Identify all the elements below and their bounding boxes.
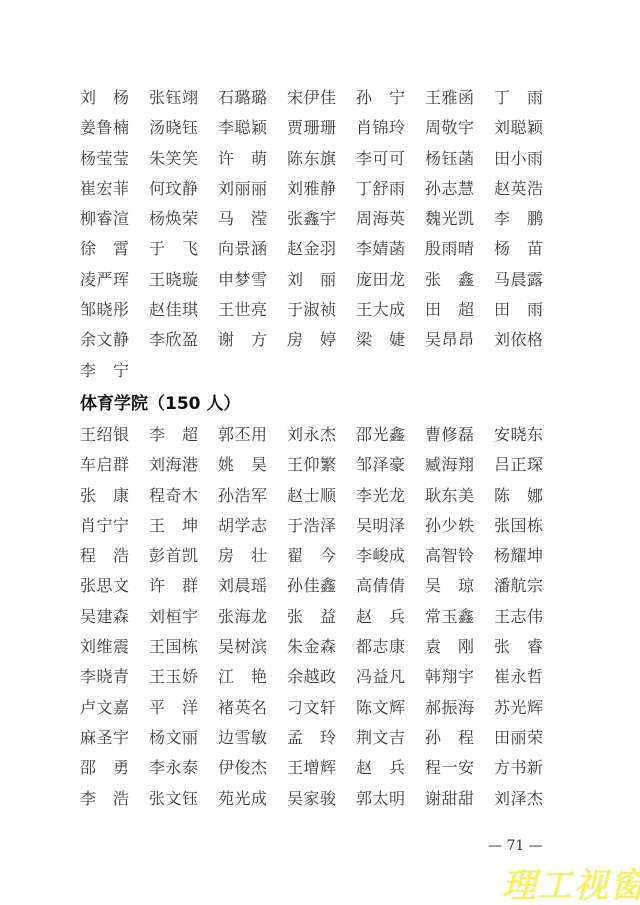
name-entry: 郭丕用	[218, 420, 267, 450]
name-entry: 王大成	[356, 295, 405, 325]
name-entry: 孙宁	[356, 83, 405, 113]
name-entry: 伊俊杰	[218, 753, 267, 783]
name-entry: 马滢	[218, 204, 267, 234]
name-entry: 臧海翔	[425, 450, 474, 480]
name-entry: 邹晓彤	[80, 295, 129, 325]
watermark-logo: 理工视窗	[502, 858, 640, 905]
name-entry: 王坤	[149, 511, 198, 541]
name-entry: 崔宏菲	[80, 174, 129, 204]
name-entry: 孙志慧	[425, 174, 474, 204]
document-page: 刘杨张钰翊石璐璐宋伊佳孙宁王雅函丁雨姜鲁楠汤晓钰李聪颖贾珊珊肖锦玲周敬宇刘聪颖杨…	[80, 83, 560, 814]
name-entry: 徐霄	[80, 234, 129, 264]
name-entry: 李鹏	[494, 204, 543, 234]
name-entry: 杨耀坤	[494, 541, 543, 571]
name-entry: 李可可	[356, 144, 405, 174]
name-entry: 张海龙	[218, 602, 267, 632]
name-entry: 杨焕荣	[149, 204, 198, 234]
name-entry: 周海英	[356, 204, 405, 234]
name-entry: 常玉鑫	[425, 602, 474, 632]
name-entry: 姜鲁楠	[80, 113, 129, 143]
name-entry: 刘桓宇	[149, 602, 198, 632]
name-entry: 房壮	[218, 541, 267, 571]
name-entry: 车启群	[80, 450, 129, 480]
name-entry: 柳睿渲	[80, 204, 129, 234]
name-entry: 朱笑笑	[149, 144, 198, 174]
name-entry: 张钰翊	[149, 83, 198, 113]
name-entry: 王增辉	[287, 753, 336, 783]
name-entry: 孙浩军	[218, 481, 267, 511]
name-entry: 冯益凡	[356, 662, 405, 692]
name-entry: 王雅函	[425, 83, 474, 113]
name-entry: 张思文	[80, 571, 129, 601]
name-entry: 肖锦玲	[356, 113, 405, 143]
name-entry: 余越政	[287, 662, 336, 692]
name-entry: 邵勇	[80, 753, 129, 783]
name-entry: 陈娜	[494, 481, 543, 511]
name-entry: 马晨露	[494, 265, 543, 295]
name-entry: 石璐璐	[218, 83, 267, 113]
name-entry: 田小雨	[494, 144, 543, 174]
name-entry: 李峻成	[356, 541, 405, 571]
name-entry: 吴琼	[425, 571, 474, 601]
name-entry: 丁雨	[494, 83, 543, 113]
name-entry: 许萌	[218, 144, 267, 174]
page-number: — 71 —	[488, 838, 543, 854]
name-entry: 刘聪颖	[494, 113, 543, 143]
name-entry: 于浩泽	[287, 511, 336, 541]
name-entry: 王世亮	[218, 295, 267, 325]
name-entry: 于淑祯	[287, 295, 336, 325]
name-entry: 刘雅静	[287, 174, 336, 204]
name-entry: 李聪颖	[218, 113, 267, 143]
name-entry: 王晓璇	[149, 265, 198, 295]
name-entry: 刘泽杰	[494, 784, 543, 814]
name-entry: 吴树滨	[218, 632, 267, 662]
name-entry: 赵英浩	[494, 174, 543, 204]
name-entry: 孙佳鑫	[287, 571, 336, 601]
name-entry: 刘丽	[287, 265, 336, 295]
name-entry: 孙少轶	[425, 511, 474, 541]
name-entry: 何玟静	[149, 174, 198, 204]
name-entry: 田丽荣	[494, 723, 543, 753]
name-entry: 庞田龙	[356, 265, 405, 295]
name-entry: 程浩	[80, 541, 129, 571]
name-entry: 肖宁宁	[80, 511, 129, 541]
name-entry: 田超	[425, 295, 474, 325]
name-entry: 胡学志	[218, 511, 267, 541]
name-entry: 王仰繁	[287, 450, 336, 480]
name-entry: 荆文吉	[356, 723, 405, 753]
name-entry: 申梦雪	[218, 265, 267, 295]
name-entry: 平洋	[149, 693, 198, 723]
name-entry: 边雪敏	[218, 723, 267, 753]
name-entry: 王国栋	[149, 632, 198, 662]
name-entry: 曹修磊	[425, 420, 474, 450]
name-entry: 卢文嘉	[80, 693, 129, 723]
name-entry: 张鑫	[425, 265, 474, 295]
name-entry: 李永泰	[149, 753, 198, 783]
name-entry: 李晓青	[80, 662, 129, 692]
name-entry: 程一安	[425, 753, 474, 783]
name-entry: 张益	[287, 602, 336, 632]
name-entry: 赵士顺	[287, 481, 336, 511]
name-entry: 吴家骏	[287, 784, 336, 814]
name-entry: 汤晓钰	[149, 113, 198, 143]
name-entry: 陈东旗	[287, 144, 336, 174]
name-entry: 安晓东	[494, 420, 543, 450]
name-entry: 韩翔宇	[425, 662, 474, 692]
name-entry: 朱金森	[287, 632, 336, 662]
name-entry: 殷雨晴	[425, 234, 474, 264]
name-entry: 潘航宗	[494, 571, 543, 601]
section-heading-sports-college: 体育学院（150 人）	[80, 388, 560, 420]
name-entry: 李宁	[80, 356, 129, 386]
name-entry: 杨莹莹	[80, 144, 129, 174]
name-entry: 刘丽丽	[218, 174, 267, 204]
name-entry: 耿东美	[425, 481, 474, 511]
name-entry: 房婷	[287, 325, 336, 355]
name-entry: 刘永杰	[287, 420, 336, 450]
name-entry: 王绍银	[80, 420, 129, 450]
name-entry: 吴明泽	[356, 511, 405, 541]
name-entry: 江艳	[218, 662, 267, 692]
name-entry: 李欣盈	[149, 325, 198, 355]
name-entry: 凌严珲	[80, 265, 129, 295]
name-entry: 都志康	[356, 632, 405, 662]
name-list-section-1: 刘杨张钰翊石璐璐宋伊佳孙宁王雅函丁雨姜鲁楠汤晓钰李聪颖贾珊珊肖锦玲周敬宇刘聪颖杨…	[80, 83, 560, 386]
name-entry: 吴昂昂	[425, 325, 474, 355]
name-entry: 刘维震	[80, 632, 129, 662]
name-entry: 张康	[80, 481, 129, 511]
name-entry: 崔永哲	[494, 662, 543, 692]
name-entry: 张鑫宇	[287, 204, 336, 234]
name-entry: 高倩倩	[356, 571, 405, 601]
name-entry: 袁刚	[425, 632, 474, 662]
name-entry: 李光龙	[356, 481, 405, 511]
name-entry: 赵兵	[356, 753, 405, 783]
name-entry: 杨苗	[494, 234, 543, 264]
name-entry: 赵佳琪	[149, 295, 198, 325]
name-entry: 麻圣宇	[80, 723, 129, 753]
name-entry: 王玉娇	[149, 662, 198, 692]
name-entry: 李超	[149, 420, 198, 450]
name-entry: 丁舒雨	[356, 174, 405, 204]
name-entry: 苏光辉	[494, 693, 543, 723]
name-entry: 褚英名	[218, 693, 267, 723]
name-entry: 杨文丽	[149, 723, 198, 753]
name-entry: 张睿	[494, 632, 543, 662]
name-entry: 郝振海	[425, 693, 474, 723]
name-entry: 孟玲	[287, 723, 336, 753]
name-entry: 邹泽豪	[356, 450, 405, 480]
name-entry: 陈文辉	[356, 693, 405, 723]
name-entry: 吕正琛	[494, 450, 543, 480]
name-entry: 刘依格	[494, 325, 543, 355]
name-entry: 贾珊珊	[287, 113, 336, 143]
name-entry: 王志伟	[494, 602, 543, 632]
name-entry: 周敬宇	[425, 113, 474, 143]
name-entry: 吴建森	[80, 602, 129, 632]
name-entry: 张文钰	[149, 784, 198, 814]
name-entry: 赵兵	[356, 602, 405, 632]
name-entry: 向景涵	[218, 234, 267, 264]
name-entry: 方书新	[494, 753, 543, 783]
name-entry: 孙程	[425, 723, 474, 753]
name-entry: 于飞	[149, 234, 198, 264]
name-entry: 刘杨	[80, 83, 129, 113]
name-entry: 刘海港	[149, 450, 198, 480]
name-entry: 杨钰菡	[425, 144, 474, 174]
name-entry: 余文静	[80, 325, 129, 355]
name-entry: 郭太明	[356, 784, 405, 814]
name-entry: 田雨	[494, 295, 543, 325]
name-entry: 彭首凯	[149, 541, 198, 571]
name-entry: 李浩	[80, 784, 129, 814]
name-entry: 刘晨瑶	[218, 571, 267, 601]
name-entry: 许群	[149, 571, 198, 601]
name-entry: 赵金羽	[287, 234, 336, 264]
name-entry: 张国栋	[494, 511, 543, 541]
name-entry: 宋伊佳	[287, 83, 336, 113]
name-entry: 谢方	[218, 325, 267, 355]
name-entry: 李婧菡	[356, 234, 405, 264]
name-entry: 程奇木	[149, 481, 198, 511]
name-entry: 苑光成	[218, 784, 267, 814]
name-list-sports-college: 王绍银李超郭丕用刘永杰邵光鑫曹修磊安晓东车启群刘海港姚昊王仰繁邹泽豪臧海翔吕正琛…	[80, 420, 560, 814]
name-entry: 邵光鑫	[356, 420, 405, 450]
name-entry: 谢甜甜	[425, 784, 474, 814]
name-entry: 高智铃	[425, 541, 474, 571]
name-entry: 梁婕	[356, 325, 405, 355]
name-entry: 翟今	[287, 541, 336, 571]
name-entry: 姚昊	[218, 450, 267, 480]
name-entry: 刁文轩	[287, 693, 336, 723]
name-entry: 魏光凯	[425, 204, 474, 234]
